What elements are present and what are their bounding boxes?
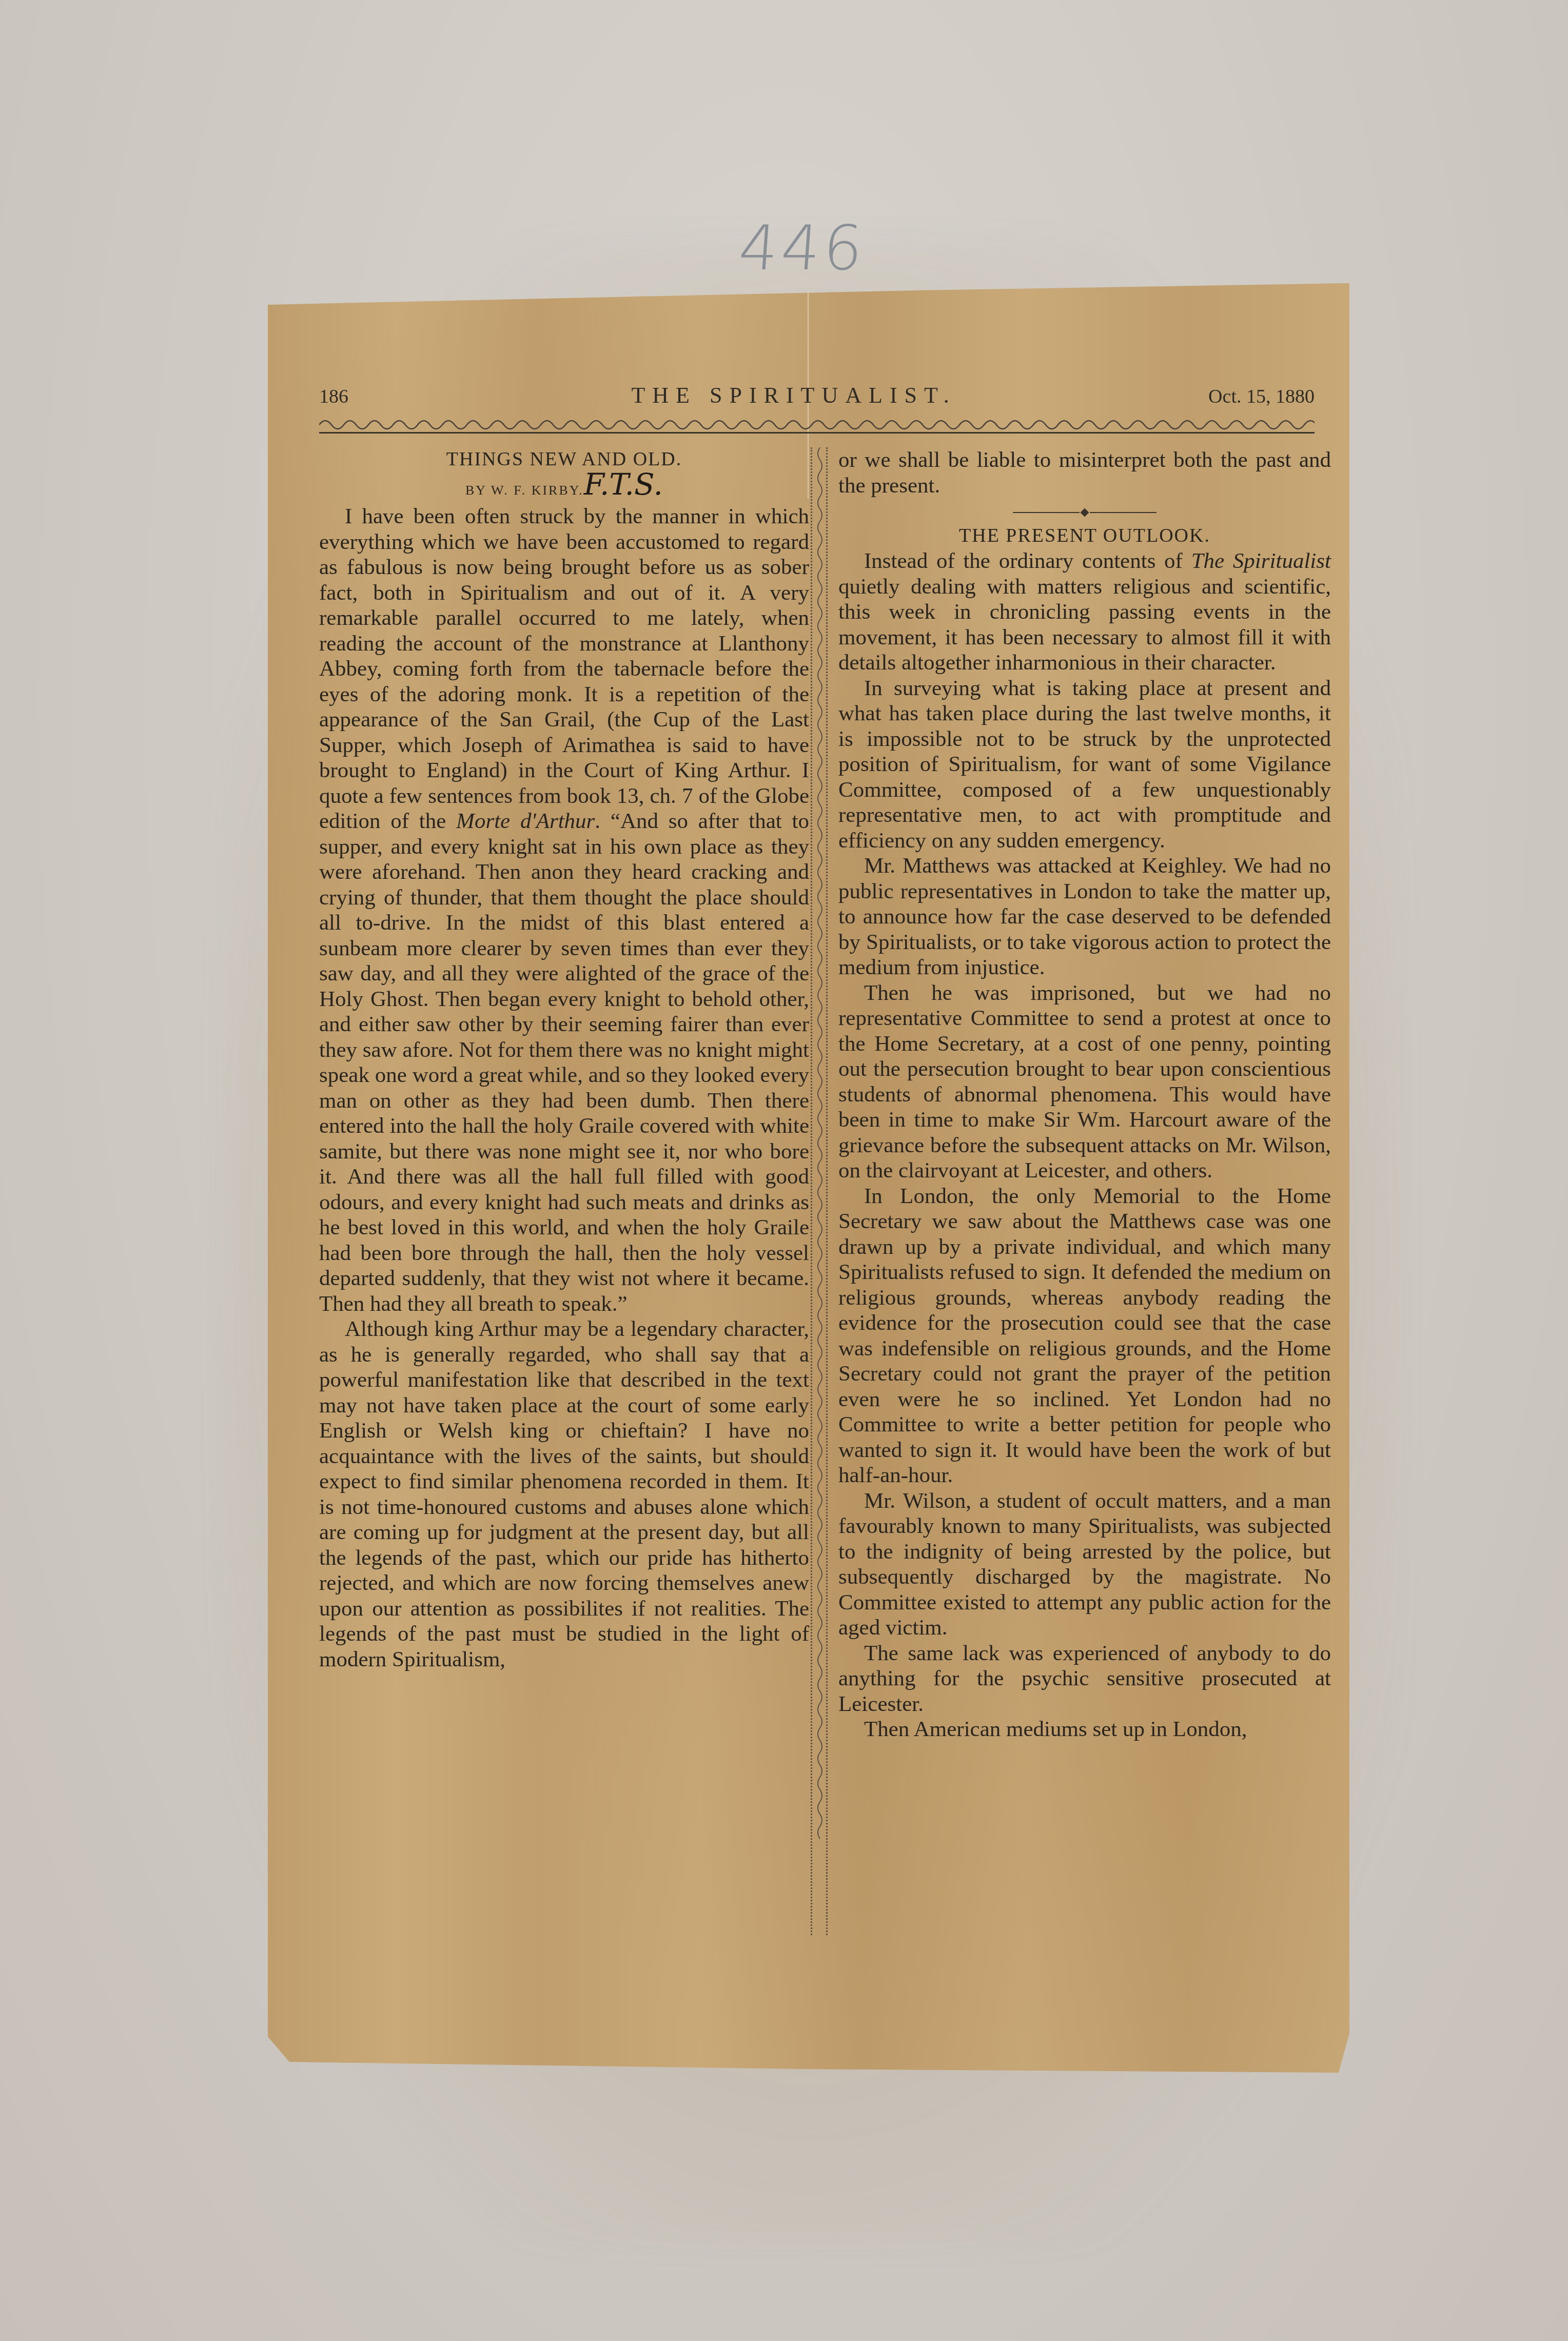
page-number: 186 [319, 385, 348, 408]
ornament-line [1013, 512, 1080, 513]
wavy-rule-divider [319, 416, 1315, 430]
article-title: THINGS NEW AND OLD. [319, 447, 809, 471]
divider-wavy-line [815, 447, 825, 1935]
ornament-line [1090, 512, 1157, 513]
article-paragraph: Mr. Wilson, a student of occult matters,… [838, 1488, 1331, 1641]
article-paragraph: Mr. Matthews was attacked at Keighley. W… [838, 853, 1331, 980]
article-paragraph: In surveying what is taking place at pre… [838, 676, 1331, 854]
header-rule [319, 432, 1315, 434]
publication-title-italic: The Spiritualist [1191, 549, 1331, 573]
running-header: 186 THE SPIRITUALIST. Oct. 15, 1880 [319, 382, 1315, 413]
left-column: THINGS NEW AND OLD. BY W. F. KIRBY.F.T.S… [319, 447, 809, 1672]
section-title: THE PRESENT OUTLOOK. [838, 523, 1331, 548]
article-paragraph: Then he was imprisoned, but we had no re… [838, 980, 1331, 1184]
article-paragraph: Then American mediums set up in London, [838, 1717, 1331, 1742]
book-title-italic: Morte d'Arthur [456, 809, 595, 833]
paragraph-text: . “And so after that to supper, and ever… [319, 809, 809, 1316]
byline-author: BY W. F. KIRBY. [465, 483, 584, 498]
paragraph-text: I have been often struck by the manner i… [319, 504, 809, 833]
article-paragraph: I have been often struck by the manner i… [319, 504, 809, 1316]
article-paragraph: In London, the only Memorial to the Home… [838, 1184, 1331, 1488]
column-divider [805, 447, 835, 1935]
article-paragraph: Instead of the ordinary contents of The … [838, 548, 1331, 676]
continued-text: or we shall be liable to misinterpret bo… [838, 447, 1331, 498]
paragraph-text: quietly dealing with matters religious a… [838, 575, 1331, 675]
newspaper-clipping: 186 THE SPIRITUALIST. Oct. 15, 1880 THIN… [268, 283, 1349, 2076]
issue-date: Oct. 15, 1880 [1208, 385, 1315, 408]
divider-dotted-line [826, 447, 828, 1935]
article-paragraph: The same lack was experienced of anybody… [838, 1641, 1331, 1717]
handwritten-annotation: F.T.S. [584, 467, 663, 502]
article-paragraph: Although king Arthur may be a legendary … [319, 1316, 809, 1672]
diamond-icon [1081, 508, 1089, 517]
byline: BY W. F. KIRBY.F.T.S. [319, 473, 809, 502]
divider-dotted-line [811, 447, 812, 1935]
masthead-title: THE SPIRITUALIST. [631, 382, 956, 408]
paragraph-text: Instead of the ordinary contents of [864, 549, 1191, 573]
section-ornament [838, 502, 1331, 523]
pencil-folio-number: 446 [736, 213, 868, 284]
right-column: or we shall be liable to misinterpret bo… [838, 447, 1331, 1742]
